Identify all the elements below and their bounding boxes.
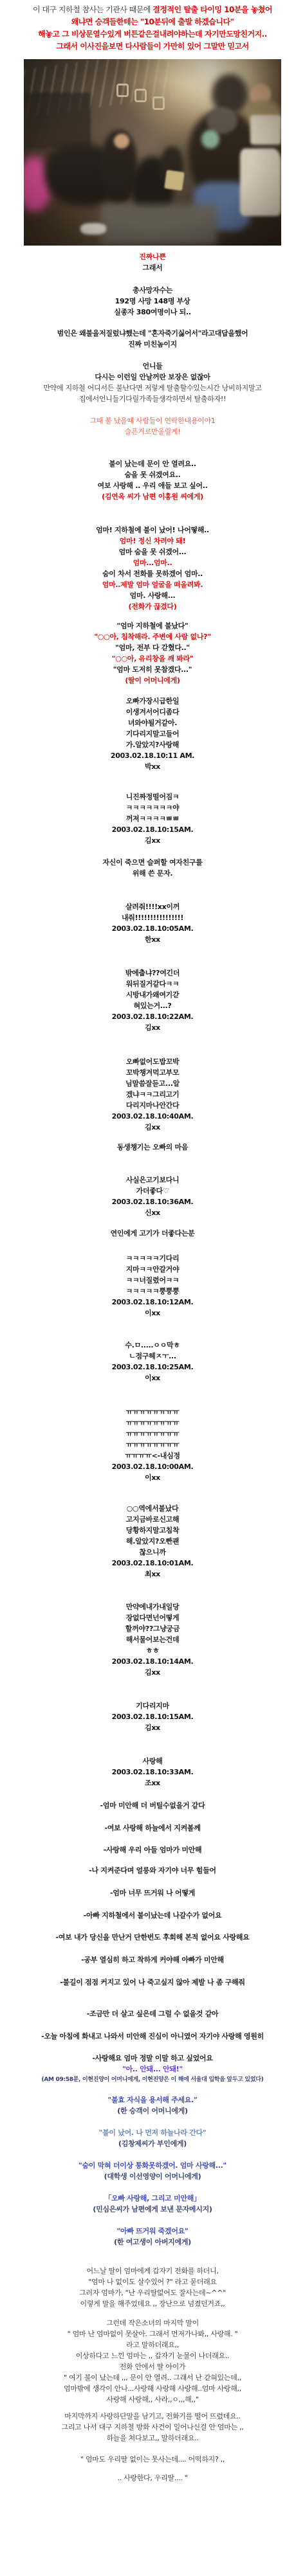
- spacer: [0, 1133, 305, 1142]
- spacer: [0, 686, 305, 696]
- spacer: [0, 318, 305, 328]
- text-line: ㄴ점구헤ㅈㅜ...: [0, 1351, 305, 1362]
- text-line: 연인에게 고기가 더좋다는분: [0, 1228, 305, 1239]
- text-line: 언니들: [0, 361, 305, 372]
- text-line: ㅠㅠㅠㅠㅠㅠㅠㅠ: [0, 1439, 305, 1450]
- text-line: ㅠㅠㅠㅠㅠㅠㅠㅠ: [0, 1428, 305, 1439]
- text-line: 꼬박챙겨먹고부모: [0, 1067, 305, 1078]
- text-line: 2003.02.18.10:33AM.: [0, 1767, 305, 1778]
- header-line: 왜냐면 승객들한테는 "10분뒤에 출발 하겠습니다": [0, 16, 305, 28]
- spacer: [0, 879, 305, 901]
- text-line: 여보 사랑해 .. 우리 애들 보고 싶어..: [0, 480, 305, 491]
- text-line: 살려줘!!!!xx이꺼: [0, 901, 305, 912]
- spacer: [0, 2247, 305, 2265]
- text-line: 2003.02.18.10:15AM.: [0, 1711, 305, 1722]
- text-line: 전화 안에서 딸 아이가: [0, 2361, 305, 2372]
- spacer: [0, 2116, 305, 2127]
- spacer: [0, 2215, 305, 2226]
- header-text-segment: 해놓고 그 비상문열수있게 버튼같은걸내려야하는데 자기만도망친거지..: [38, 30, 267, 39]
- text-line: 이상하다고 느낀 엄마는 ,, 갑자기 눈물이 나더래요..: [0, 2350, 305, 2361]
- spacer: [0, 2465, 305, 2472]
- spacer: [0, 772, 305, 791]
- text-line: (전화가 끊겼다): [0, 601, 305, 612]
- spacer: [0, 1855, 305, 1865]
- post-page: 이 대구 지하철 참사는 기관사 때문에 결정적인 탈출 타이밍 10분을 놓쳤…: [0, 0, 305, 2576]
- spacer: [0, 502, 305, 525]
- text-line: 「오빠 사랑해, 그리고 미안해」: [0, 2193, 305, 2204]
- text-line: (대학생 이선영양이 어머니에게): [0, 2171, 305, 2182]
- text-line: 오빠가장시급한일: [0, 696, 305, 707]
- text-line: 진짜 미친놈이지: [0, 339, 305, 350]
- text-line: 찮으니까: [0, 1547, 305, 1558]
- spacer: [0, 350, 305, 361]
- text-line: 슬픈거로만올릴게!: [0, 426, 305, 437]
- text-line: 김xx: [0, 1122, 305, 1133]
- text-line: -오늘 아침에 화내고 나와서 미안해 진심이 아니였어 자기야 사랑해 영원히: [0, 2031, 305, 2042]
- text-line: -엄마 미안해 더 버틸수없을거 같다: [0, 1800, 305, 1811]
- text-line: (AM 09:58분, 이현진양이 어머니에게, 이현진양은 이 해에 서울대 …: [0, 2075, 305, 2085]
- text-line: -불길이 점점 커지고 있어 나 죽고싶지 않아 제발 나 좀 구해줘: [0, 1977, 305, 1988]
- spacer: [0, 1483, 305, 1503]
- text-line: ㅠㅠㅠㅠㅠㅠㅠㅠ: [0, 1407, 305, 1418]
- text-line: 2003.02.18.10:15AM.: [0, 824, 305, 835]
- text-line: 가.알았지?사랑해: [0, 739, 305, 750]
- spacer: [0, 1239, 305, 1253]
- text-line: 마지막까지 사랑하단말을 남기고, 전화기를 떨어 뜨렸데요..: [0, 2411, 305, 2422]
- text-line: "엄마 나 없이도 살수있어 ?" 라고 묻더래요: [0, 2276, 305, 2287]
- text-line: 이xx: [0, 1308, 305, 1319]
- text-line: ㅋㅋㅋㅋㅋ뿡뿡뿡: [0, 1286, 305, 1297]
- text-line: 한xx: [0, 934, 305, 945]
- text-line: 숨을 못 쉬겠여요..: [0, 469, 305, 480]
- text-line: " 엄마도 우리딸 없이는 못사는데.... 어떡하지? ,,: [0, 2454, 305, 2465]
- text-line: 수.ㅁ.....ㅇㅇ막ㅎ: [0, 1340, 305, 1351]
- text-line: 엄마. 사랑해...: [0, 590, 305, 601]
- text-line: 녀와야될거같아.: [0, 717, 305, 728]
- text-line: ○○역에서불났다: [0, 1503, 305, 1514]
- text-line: 김xx: [0, 1667, 305, 1678]
- text-line: 2003.02.18.10:01AM.: [0, 1558, 305, 1569]
- spacer: [0, 1943, 305, 1954]
- spacer: [0, 2182, 305, 2193]
- text-line: 다시는 이런일 안날꺼란 보장은 없잖아: [0, 372, 305, 383]
- text-line: 2003.02.18.10:36AM.: [0, 1196, 305, 1207]
- spacer: [0, 1988, 305, 2008]
- text-line: 워뒤질거같다ㅋㅋ: [0, 978, 305, 989]
- spacer: [0, 404, 305, 415]
- text-line: 2003.02.18.10:00AM.: [0, 1461, 305, 1472]
- text-line: 2003.02.18.10:12AM.: [0, 1297, 305, 1308]
- text-line: 2003.02.18.10:25AM.: [0, 1362, 305, 1373]
- spacer: [0, 612, 305, 620]
- header-commentary: 이 대구 지하철 참사는 기관사 때문에 결정적인 탈출 타이밍 10분을 놓쳤…: [0, 0, 305, 53]
- spacer: [0, 1580, 305, 1601]
- spacer: [0, 1678, 305, 1700]
- text-line: 라고 말하더래요,,: [0, 2339, 305, 2350]
- text-line: 범인은 왜불을저질렀냐했는데 "혼자죽기싫어서"라고대답을했어: [0, 328, 305, 339]
- text-line: 숨이 차서 전화를 못하겠어 엄마..: [0, 568, 305, 579]
- text-line: 2003.02.18.10:40AM.: [0, 1111, 305, 1122]
- text-line: 사랑해 사랑해,, 사라,,ㅇ,,,해,,": [0, 2394, 305, 2405]
- text-line: 장없다면넌어떻게: [0, 1612, 305, 1623]
- text-line: "엄마 지하철에 불났다": [0, 620, 305, 631]
- spacer: [0, 1218, 305, 1228]
- text-line: 조xx: [0, 1778, 305, 1788]
- text-line: 엄마..제발 엄마 얼굴을 떠올려봐.: [0, 579, 305, 590]
- spacer: [0, 1153, 305, 1175]
- text-line: 최xx: [0, 1569, 305, 1580]
- text-line: 그래서: [0, 262, 305, 273]
- text-line: "불이 났어. 나 먼저 하늘나라 간다": [0, 2127, 305, 2138]
- text-line: -엄마 너무 뜨거워 나 어떻게: [0, 1887, 305, 1898]
- header-text-segment: 결정적인 탈출 타이밍 10분을 놓쳤어: [152, 5, 272, 14]
- text-line: 이렇게 말을 해주었데요 ,, 장난으로 넘겼던거죠,,: [0, 2298, 305, 2309]
- spacer: [0, 1876, 305, 1887]
- text-line: "○○아, 유리창을 깨 봐라": [0, 653, 305, 664]
- text-line: 이xx: [0, 1472, 305, 1483]
- text-line: 김xx: [0, 1722, 305, 1733]
- header-text-segment: 그래서 이사진을보면 다사람들이 가만히 있어 그말만 믿고서: [56, 42, 248, 51]
- header-line: 이 대구 지하철 참사는 기관사 때문에 결정적인 탈출 타이밍 10분을 놓쳤…: [0, 4, 305, 16]
- spacer: [0, 1965, 305, 1977]
- text-line: 꺼져ㅋㅋㅋㅋㅃㅃ: [0, 813, 305, 824]
- text-line: 당황하지말고침착: [0, 1525, 305, 1536]
- text-line: 겠냐ㅋㅋ그리고기: [0, 1089, 305, 1100]
- text-line: ㅠㅠㅠㅠㅠㅠㅠㅠ: [0, 1418, 305, 1428]
- text-line: 지마ㅋㅋ안갈거야: [0, 1264, 305, 1275]
- text-line: 실종자 380여명이나 되..: [0, 307, 305, 318]
- text-line: 사실은고기보다니: [0, 1175, 305, 1185]
- text-line: 2003.02.18.10:05AM.: [0, 923, 305, 934]
- text-line: 박xx: [0, 761, 305, 772]
- text-line: 그리고 나서 대구 지하철 방화 사건이 일어나신걸 안 엄마는 ,,: [0, 2422, 305, 2433]
- spacer: [0, 1733, 305, 1756]
- text-line: 엄마 숨을 못 쉬겠어...: [0, 546, 305, 557]
- text-line: -여보 사랑해 하늘에서 지켜볼께: [0, 1823, 305, 1833]
- text-line: (김창제씨가 부인에게): [0, 2138, 305, 2149]
- spacer: [0, 945, 305, 968]
- spacer: [0, 2309, 305, 2318]
- text-line: 2003.02.18.10:22AM.: [0, 1011, 305, 1022]
- text-line: 이생겨서어디좀다: [0, 707, 305, 717]
- text-line: "엄마 도저히 못참겠다...": [0, 664, 305, 675]
- text-line: 그러자 엄마가, "난 우리딸없어도 잘사는데~^^": [0, 2287, 305, 2298]
- spacer: [0, 2042, 305, 2053]
- spacer: [0, 1898, 305, 1910]
- text-line: .. 사랑한다, 우리딸.... ": [0, 2472, 305, 2483]
- spacer: [0, 2405, 305, 2411]
- text-line: 진짜나쁜: [0, 251, 305, 262]
- text-line: 신xx: [0, 1207, 305, 1218]
- message-transcript: 진짜나쁜그래서총사망자수는192명 사망 148명 부상실종자 380여명이나 …: [0, 251, 305, 2483]
- text-line: " 엄마 난 엄마없이 못살아. 그래서 먼저가나봐,, 사랑해. ": [0, 2328, 305, 2339]
- text-line: 엄마밖에 생각이 안나...사랑해 사랑해 사랑해..엄마 사랑해,,: [0, 2383, 305, 2394]
- text-line: "아빠 뜨거워 죽겠어요": [0, 2226, 305, 2237]
- text-line: -사랑해요 엄마 정말 이말 하고 싶었어요: [0, 2053, 305, 2064]
- text-line: (김연옥 씨가 남편 이홍원 씨에게): [0, 491, 305, 502]
- text-line: 님말씀잘듣고...알: [0, 1078, 305, 1089]
- spacer: [0, 1921, 305, 1932]
- text-line: 시방내가왜여기갇: [0, 989, 305, 1000]
- text-line: -여보 내가 당신을 만난거 단한번도 후회해 본적 없어요 사랑해요: [0, 1932, 305, 1943]
- text-line: ㅋㅋ너질렸어ㅋㅋ: [0, 1275, 305, 1286]
- text-line: 가더좋다♡: [0, 1185, 305, 1196]
- text-line: "엄마, 전부 다 갇혔다..": [0, 642, 305, 653]
- text-line: ㅎㅎ: [0, 1645, 305, 1656]
- text-line: "아.. 안돼... 안돼!": [0, 2064, 305, 2075]
- subway-fire-photo: [24, 59, 281, 246]
- text-line: 엄마...엄마..: [0, 557, 305, 568]
- text-line: 엄마! 지하철에 불이 났어! 나어떻해..: [0, 525, 305, 536]
- text-line: -아빠 지하철에서 불이났는데 나갈수가 없어요: [0, 1910, 305, 1921]
- spacer: [0, 1811, 305, 1823]
- text-line: 오빠없어도밥꼬박: [0, 1056, 305, 1067]
- text-line: 해서물어보는건데: [0, 1634, 305, 1645]
- text-line: 어느날 딸이 엄마에게 갑자기 전화를 하더니,: [0, 2265, 305, 2276]
- header-text-segment: 이 대구 지하철 참사는 기관사 때문에: [33, 5, 152, 14]
- text-line: 다리지마나안간다: [0, 1100, 305, 1111]
- text-line: "○○아, 침착해라. 주변에 사람 없나?": [0, 631, 305, 642]
- spacer: [0, 1383, 305, 1407]
- text-line: (민심은씨가 남편에게 보낸 문자메시지): [0, 2204, 305, 2215]
- spacer: [0, 846, 305, 857]
- text-line: ㅋㅋㅋㅋㅋㅋㅋ야: [0, 802, 305, 813]
- text-line: -사랑해 우리 아들 엄마가 미안해: [0, 1844, 305, 1855]
- text-line: -나 지켜준다며 얼릉와 자기야 너무 힘들어: [0, 1865, 305, 1876]
- header-text-segment: 왜냐면 승객들한테는 "10분뒤에 출발 하겠습니다": [71, 17, 234, 26]
- text-line: 니진짜정떨어짐ㅋ: [0, 791, 305, 802]
- text-line: 만약에내가내일당: [0, 1601, 305, 1612]
- header-line: 해놓고 그 비상문열수있게 버튼같은걸내려야하는데 자기만도망친거지..: [0, 28, 305, 41]
- text-line: (딸이 어머니에게): [0, 675, 305, 686]
- text-line: 동생챙기는 오빠의 마음: [0, 1142, 305, 1153]
- text-line: 그때 불 났을때 사람들이 연락한내용이야1: [0, 415, 305, 426]
- text-line: 자신이 죽으면 슬퍼할 여자친구를: [0, 857, 305, 868]
- spacer: [0, 273, 305, 285]
- text-line: 만약에 지하철 어디서든 불난다면 저렇게 탈출할수있는시간 낭비하지말고: [0, 383, 305, 393]
- spacer: [0, 1319, 305, 1340]
- spacer: [0, 2085, 305, 2094]
- text-line: "불효 자식을 용서해 주세요.": [0, 2094, 305, 2105]
- text-line: -공부 열심히 하고 착하게 커야해 아빠가 미안해: [0, 1954, 305, 1965]
- text-line: 위해 쓴 문자.: [0, 868, 305, 879]
- text-line: 할꺼야??그냥궁금: [0, 1623, 305, 1634]
- text-line: 집에서언니들기다릴가족들생각하면서 탈출하자!!: [0, 393, 305, 404]
- text-line: ㅠㅠㅠㅠ<-내심정: [0, 1450, 305, 1461]
- spacer: [0, 1788, 305, 1800]
- text-line: " 여기 불이 났는데 ,,, 문이 안 열려.. 그래서 난 갇혀있는데,,: [0, 2372, 305, 2383]
- text-line: 2003.02.18.10:14AM.: [0, 1656, 305, 1667]
- text-line: 불이 났는데 문이 안 열려요..: [0, 458, 305, 469]
- text-line: -조금만 더 살고 싶은데 그럴 수 없을것 같아: [0, 2008, 305, 2019]
- text-line: 고지금바로신고해: [0, 1514, 305, 1525]
- text-line: ㅋㅋㅋㅋㅋ기다리: [0, 1253, 305, 1264]
- text-line: "숨이 막혀 더이상 통화못하겠어. 엄마 사랑해...": [0, 2160, 305, 2171]
- spacer: [0, 437, 305, 458]
- text-line: 밖에춥냐??여긴더: [0, 968, 305, 978]
- text-line: 기다리지마: [0, 1700, 305, 1711]
- text-line: 해.알았지?오빤괜: [0, 1536, 305, 1547]
- header-line: 그래서 이사진을보면 다사람들이 가만히 있어 그말만 믿고서: [0, 41, 305, 53]
- vignette: [24, 59, 281, 246]
- text-line: 내줘!!!!!!!!!!!!!!!!: [0, 912, 305, 923]
- text-line: 192명 사망 148명 부상: [0, 296, 305, 307]
- spacer: [0, 2444, 305, 2454]
- text-line: 김xx: [0, 835, 305, 846]
- text-line: 하늘을 쳐다보고,, 말하더래요..: [0, 2433, 305, 2444]
- text-line: 2003.02.18.10:11 AM.: [0, 750, 305, 761]
- text-line: 엄마! 정신 차려야 돼!: [0, 536, 305, 546]
- text-line: (한 여고생이 아버지에게): [0, 2237, 305, 2247]
- spacer: [0, 2149, 305, 2160]
- text-line: 그런데 작은소녀의 마지막 말이: [0, 2318, 305, 2328]
- text-line: 혀있는거...?: [0, 1000, 305, 1011]
- text-line: 사랑해: [0, 1756, 305, 1767]
- text-line: 이xx: [0, 1373, 305, 1383]
- text-line: 기다리지말고들어: [0, 728, 305, 739]
- text-line: 김xx: [0, 1022, 305, 1033]
- spacer: [0, 1833, 305, 1844]
- text-line: 총사망자수는: [0, 285, 305, 296]
- spacer: [0, 2019, 305, 2031]
- text-line: (한 승객이 어머니에게): [0, 2105, 305, 2116]
- spacer: [0, 1033, 305, 1056]
